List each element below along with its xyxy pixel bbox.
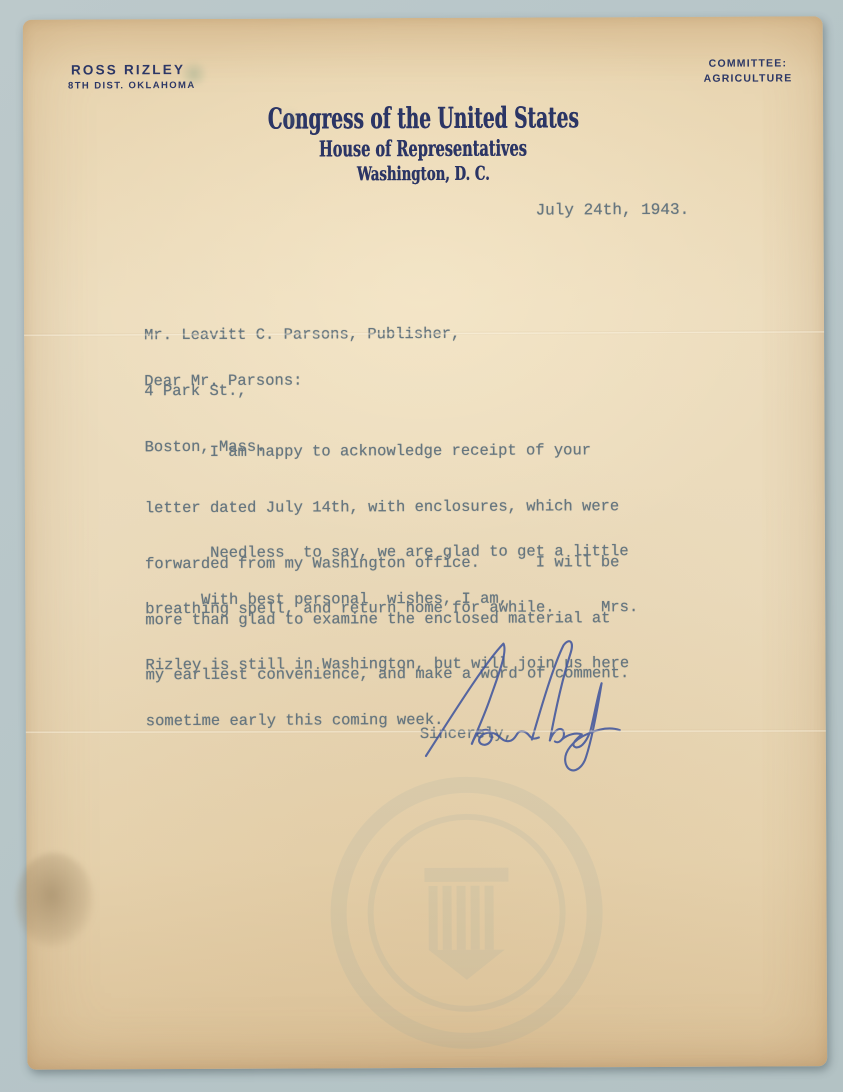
committee-label: COMMITTEE: bbox=[693, 56, 803, 71]
signature-svg bbox=[413, 637, 629, 783]
org-title: Congress of the United States bbox=[268, 103, 579, 133]
letter-paper: ROSS RIZLEY 8TH DIST. OKLAHOMA COMMITTEE… bbox=[23, 16, 828, 1069]
signature-ink bbox=[413, 637, 629, 783]
org-subtitle: House of Representatives bbox=[319, 138, 527, 161]
sender-name: ROSS RIZLEY bbox=[71, 62, 196, 78]
seal-svg bbox=[236, 767, 697, 1059]
paper-watermark-seal bbox=[236, 767, 697, 1059]
body-line: I am happy to acknowledge receipt of you… bbox=[145, 441, 629, 462]
sender-district: 8TH DIST. OKLAHOMA bbox=[68, 80, 196, 92]
org-location: Washington, D. C. bbox=[357, 165, 490, 185]
letterhead-sender: ROSS RIZLEY 8TH DIST. OKLAHOMA bbox=[71, 62, 196, 92]
paper-stain bbox=[16, 852, 94, 947]
body-line: Needless to say, we are glad to get a li… bbox=[145, 542, 638, 563]
letterhead-masthead: Congress of the United States House of R… bbox=[23, 102, 823, 185]
letterhead-committee: COMMITTEE: AGRICULTURE bbox=[693, 56, 803, 86]
date-line: July 24th, 1943. bbox=[536, 201, 690, 220]
paper-smudge bbox=[281, 109, 301, 129]
paper-smudge bbox=[181, 59, 207, 89]
salutation: Dear Mr. Parsons: bbox=[144, 372, 302, 391]
committee-name: AGRICULTURE bbox=[693, 71, 803, 86]
closing-line: With best personal wishes, I am, bbox=[145, 590, 508, 610]
